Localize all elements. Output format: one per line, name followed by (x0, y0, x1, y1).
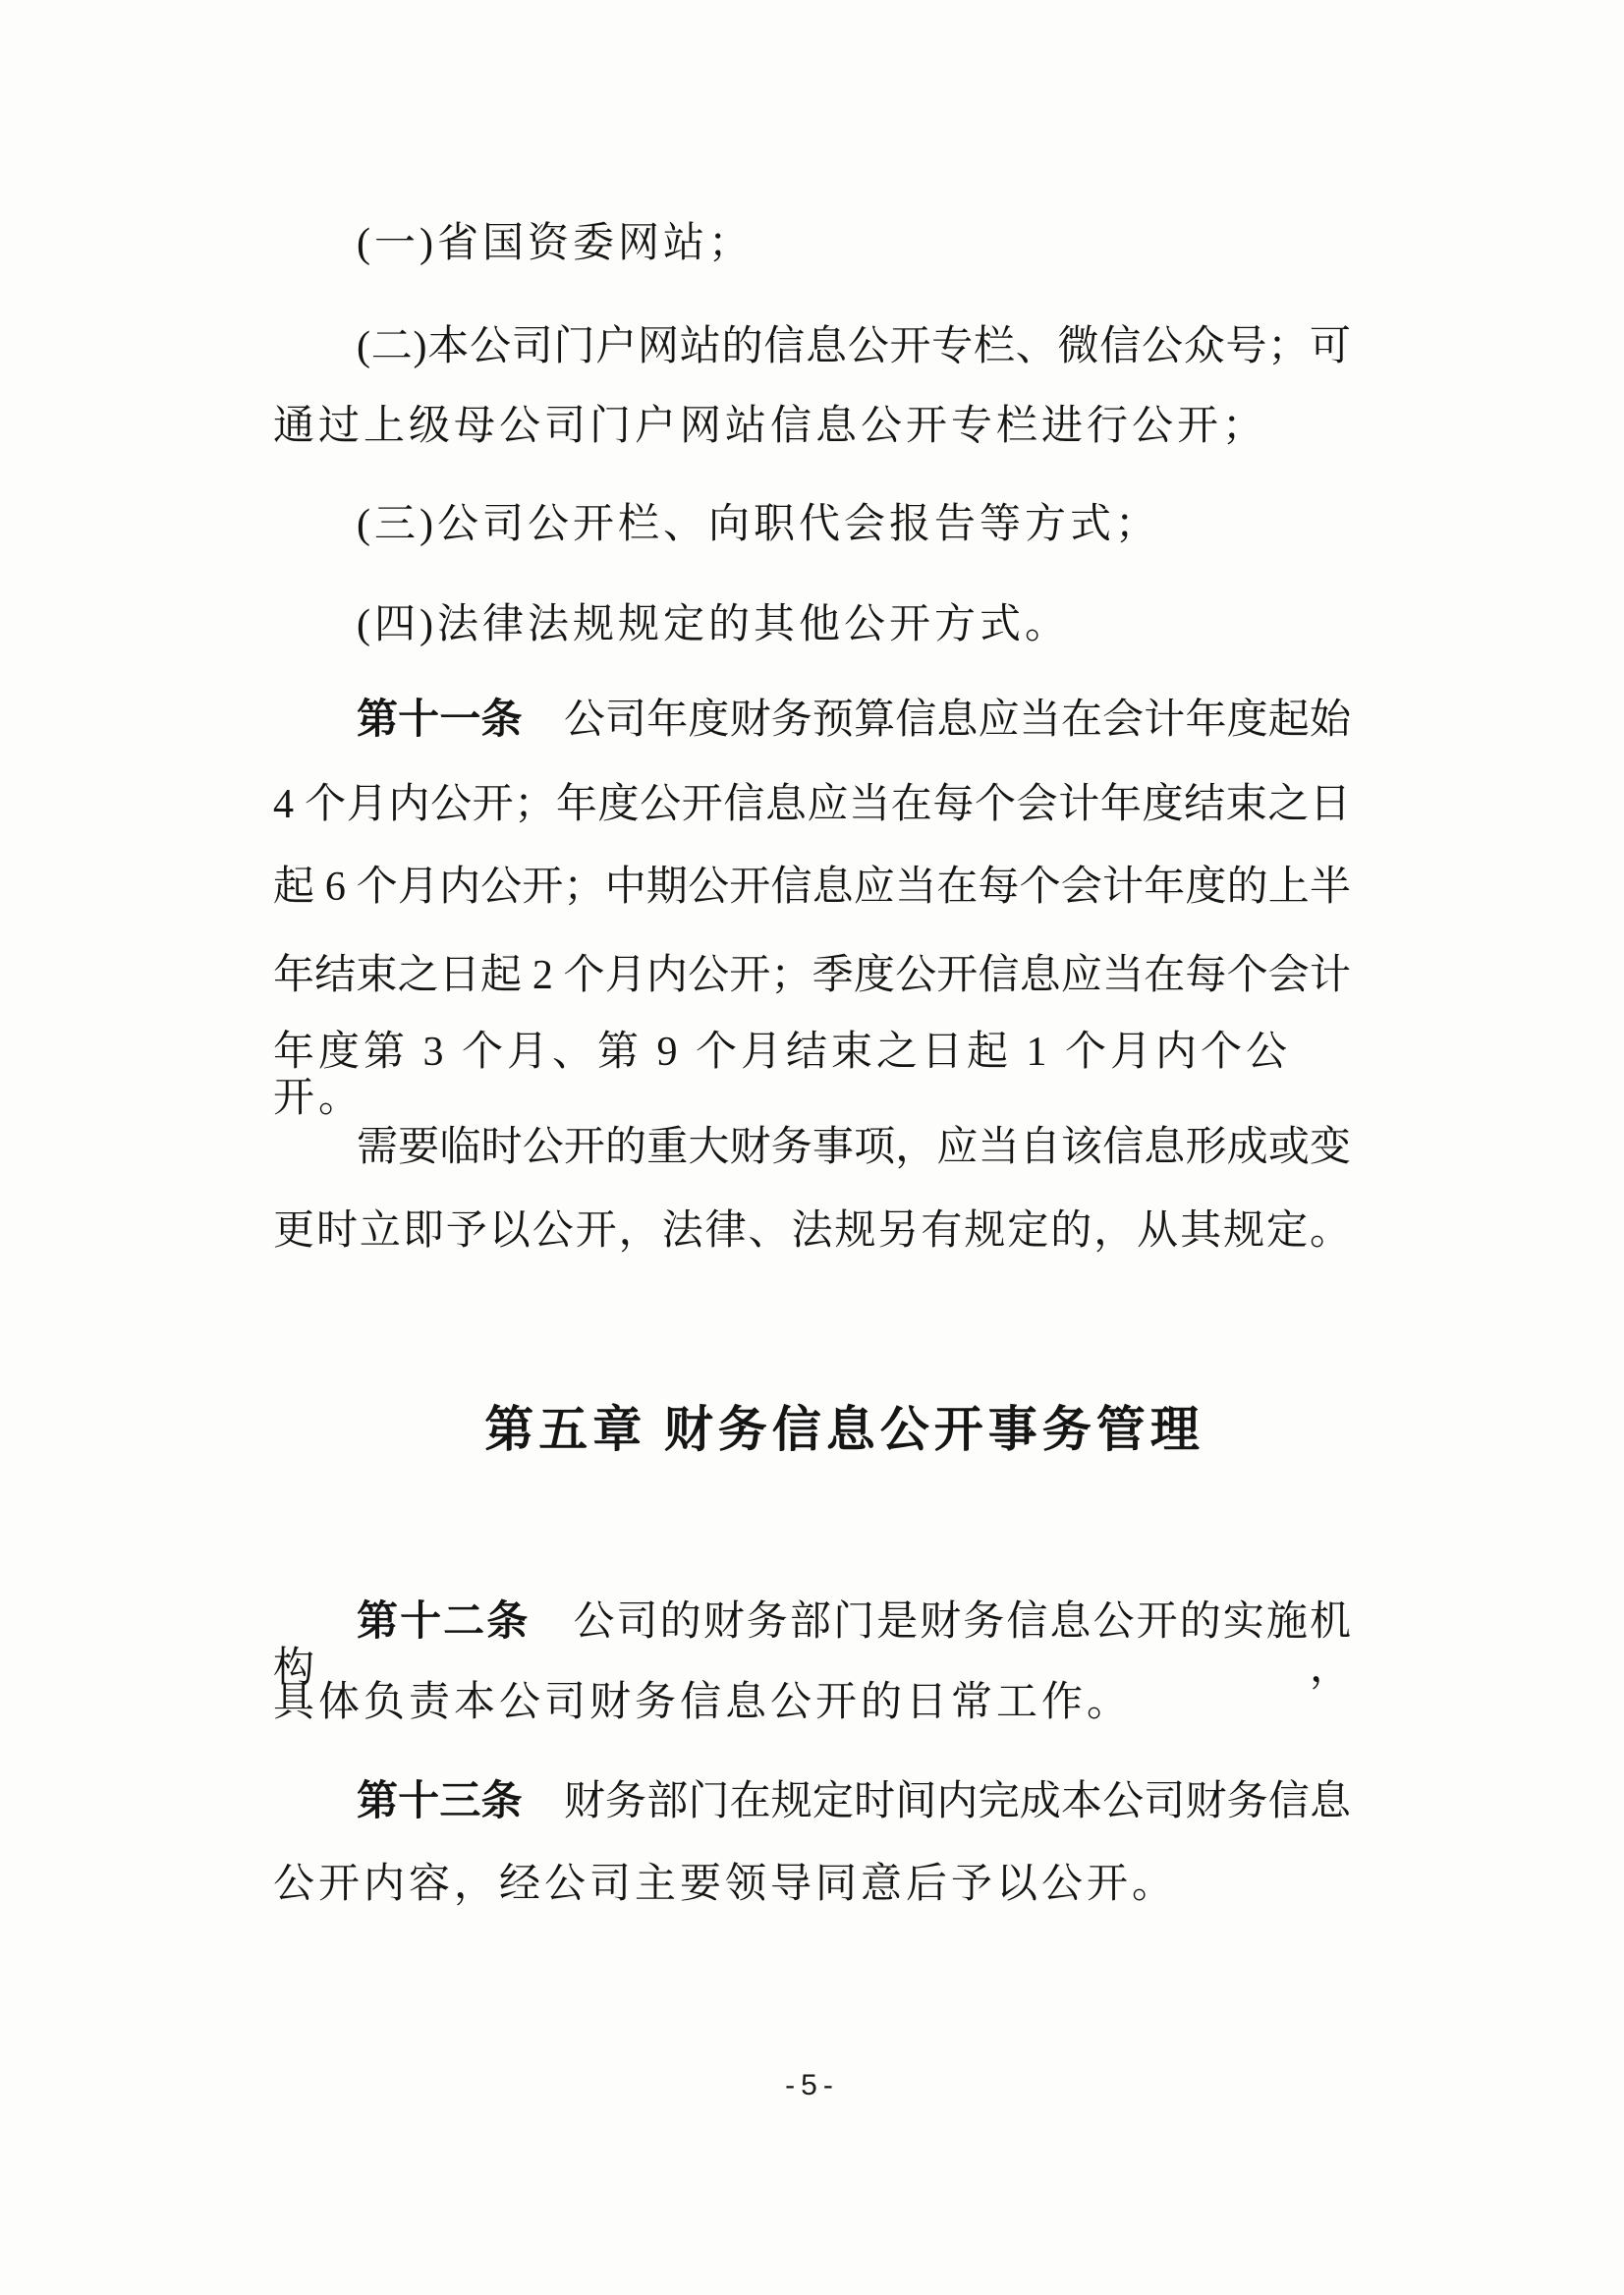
article-11-text: 公司年度财务预算信息应当在会计年度起始 (523, 698, 1351, 743)
article-12-line-2: 具体负责本公司财务信息公开的日常工作。 (273, 1680, 1351, 1726)
document-page: (一)省国资委网站； (二)本公司门户网站的信息公开专栏、微信公众号；可 通过上… (0, 0, 1624, 2295)
article-11-line-2: 4 个月内公开；年度公开信息应当在每个会计年度结束之日 (273, 782, 1351, 828)
list-item-3: (三)公司公开栏、向职代会报告等方式； (273, 502, 1351, 548)
list-item-4: (四)法律法规规定的其他公开方式。 (273, 602, 1351, 648)
paragraph-line-2: 更时立即予以公开，法律、法规另有规定的，从其规定。 (273, 1208, 1351, 1255)
article-13-number: 第十三条 (357, 1779, 523, 1824)
article-11-line-5: 年度第 3 个月、第 9 个月结束之日起 1 个月内个公开。 (273, 1030, 1351, 1122)
list-item-2-line-2: 通过上级母公司门户网站信息公开专栏进行公开； (273, 404, 1351, 450)
article-12-number: 第十二条 (357, 1599, 530, 1645)
list-item-2-line-1: (二)本公司门户网站的信息公开专栏、微信公众号；可 (273, 324, 1351, 370)
article-13-line-1: 第十三条 财务部门在规定时间内完成本公司财务信息 (273, 1779, 1351, 1825)
article-11-number: 第十一条 (357, 698, 523, 743)
article-13-text: 财务部门在规定时间内完成本公司财务信息 (523, 1779, 1351, 1824)
chapter-heading: 第五章 财务信息公开事务管理 (306, 1403, 1383, 1457)
article-13-line-2: 公开内容，经公司主要领导同意后予以公开。 (273, 1862, 1351, 1908)
article-11-line-4: 年结束之日起 2 个月内公开；季度公开信息应当在每个会计 (273, 953, 1351, 999)
paragraph-line-1: 需要临时公开的重大财务事项，应当自该信息形成或变 (273, 1125, 1351, 1171)
article-11-line-3: 起 6 个月内公开；中期公开信息应当在每个会计年度的上半 (273, 865, 1351, 911)
list-item-1: (一)省国资委网站； (273, 221, 1351, 267)
article-11-line-1: 第十一条 公司年度财务预算信息应当在会计年度起始 (273, 698, 1351, 744)
article-12-line-1: 第十二条 公司的财务部门是财务信息公开的实施机构， (273, 1599, 1351, 1692)
page-number: -5- (0, 2069, 1624, 2102)
